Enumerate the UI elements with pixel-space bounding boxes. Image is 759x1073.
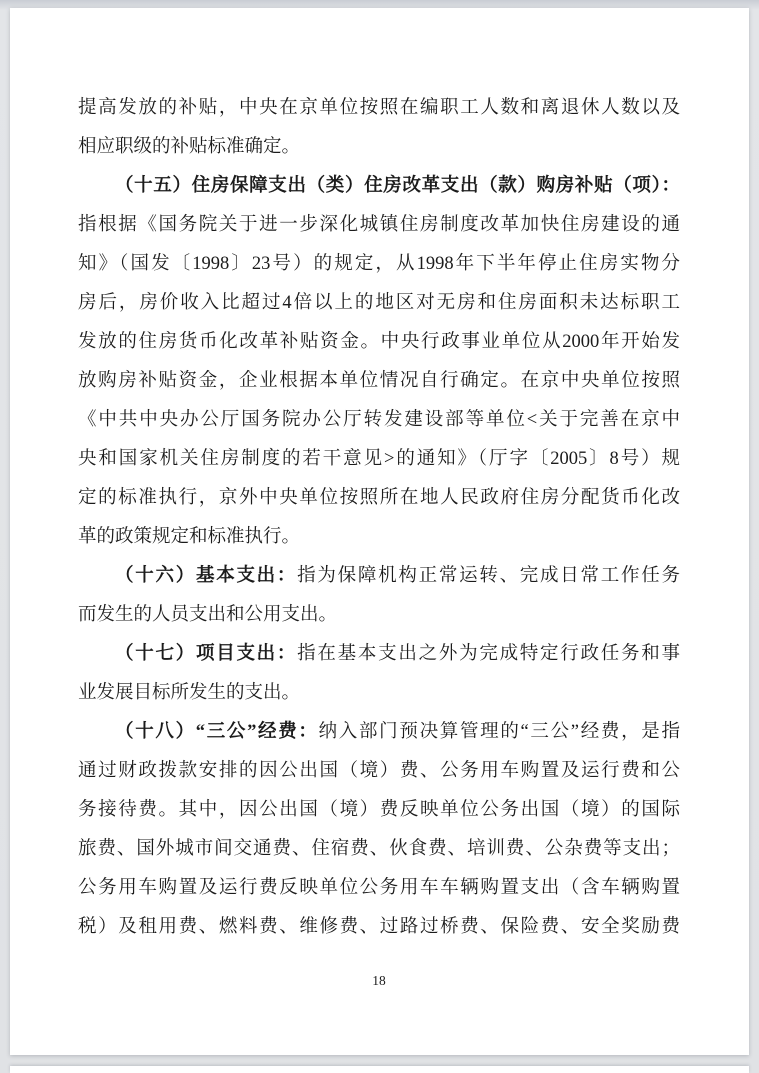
document-viewer-background: 提高发放的补贴，中央在京单位按照在编职工人数和离退休人数以及相应职级的补贴标准确… (0, 0, 759, 1073)
text-segment: 公务用车购置及运行费反映单位公务用车车辆购置支出（含车辆购置 (78, 878, 680, 898)
text-line: 相应职级的补贴标准确定。 (78, 128, 680, 167)
text-line: 公务用车购置及运行费反映单位公务用车车辆购置支出（含车辆购置 (78, 869, 680, 908)
text-segment: 放购房补贴资金，企业根据本单位情况自行确定。在京中央单位按照 (78, 371, 680, 391)
paragraph: （十六）基本支出：指为保障机构正常运转、完成日常工作任务而发生的人员支出和公用支… (78, 557, 680, 635)
text-line: （十八）“三公”经费：纳入部门预决算管理的“三公”经费，是指 (78, 713, 680, 752)
text-segment: 而发生的人员支出和公用支出。 (78, 605, 337, 625)
text-segment: 发放的住房货币化改革补贴资金。中央行政事业单位从2000年开始发 (78, 332, 680, 352)
text-segment: 指为保障机构正常运转、完成日常工作任务 (297, 566, 680, 586)
text-segment: 房后，房价收入比超过4倍以上的地区对无房和住房面积未达标职工 (78, 293, 680, 313)
text-line: 知》（国发〔1998〕23号）的规定，从1998年下半年停止住房实物分 (78, 245, 680, 284)
text-line: 定的标准执行，京外中央单位按照所在地人民政府住房分配货币化改 (78, 479, 680, 518)
term-label-bold: （十七）项目支出： (115, 644, 297, 664)
text-segment: 定的标准执行，京外中央单位按照所在地人民政府住房分配货币化改 (78, 488, 680, 508)
text-line: 房后，房价收入比超过4倍以上的地区对无房和住房面积未达标职工 (78, 284, 680, 323)
text-line: 发放的住房货币化改革补贴资金。中央行政事业单位从2000年开始发 (78, 323, 680, 362)
text-segment: 指根据《国务院关于进一步深化城镇住房制度改革加快住房建设的通 (78, 215, 680, 235)
text-line: （十七）项目支出：指在基本支出之外为完成特定行政任务和事 (78, 635, 680, 674)
paragraph: （十七）项目支出：指在基本支出之外为完成特定行政任务和事业发展目标所发生的支出。 (78, 635, 680, 713)
text-line: （十六）基本支出：指为保障机构正常运转、完成日常工作任务 (78, 557, 680, 596)
text-line: 税）及租用费、燃料费、维修费、过路过桥费、保险费、安全奖励费 (78, 908, 680, 947)
document-page: 提高发放的补贴，中央在京单位按照在编职工人数和离退休人数以及相应职级的补贴标准确… (10, 8, 749, 1055)
term-label-bold: （十八）“三公”经费： (115, 722, 319, 742)
text-segment: 通过财政拨款安排的因公出国（境）费、公务用车购置及运行费和公 (78, 761, 680, 781)
text-segment: 提高发放的补贴，中央在京单位按照在编职工人数和离退休人数以及 (78, 98, 680, 118)
text-segment: 《中共中央办公厅国务院办公厅转发建设部等单位<关于完善在京中 (78, 410, 680, 430)
text-segment: 务接待费。其中，因公出国（境）费反映单位公务出国（境）的国际 (78, 800, 680, 820)
text-segment: 知》（国发〔1998〕23号）的规定，从1998年下半年停止住房实物分 (78, 254, 680, 274)
paragraph: 提高发放的补贴，中央在京单位按照在编职工人数和离退休人数以及相应职级的补贴标准确… (78, 89, 680, 167)
text-line: 指根据《国务院关于进一步深化城镇住房制度改革加快住房建设的通 (78, 206, 680, 245)
text-segment: 央和国家机关住房制度的若干意见>的通知》（厅字〔2005〕8号）规 (78, 449, 680, 469)
text-segment: 业发展目标所发生的支出。 (78, 683, 300, 703)
text-segment: 旅费、国外城市间交通费、住宿费、伙食费、培训费、公杂费等支出； (78, 839, 680, 859)
text-segment: 纳入部门预决算管理的“三公”经费，是指 (319, 722, 680, 742)
text-line: 提高发放的补贴，中央在京单位按照在编职工人数和离退休人数以及 (78, 89, 680, 128)
text-line: 旅费、国外城市间交通费、住宿费、伙食费、培训费、公杂费等支出； (78, 830, 680, 869)
text-line: 务接待费。其中，因公出国（境）费反映单位公务出国（境）的国际 (78, 791, 680, 830)
term-label-bold: （十六）基本支出： (115, 566, 297, 586)
text-line: （十五）住房保障支出（类）住房改革支出（款）购房补贴（项）： (78, 167, 680, 206)
paragraph: （十五）住房保障支出（类）住房改革支出（款）购房补贴（项）：指根据《国务院关于进… (78, 167, 680, 557)
text-segment: 税）及租用费、燃料费、维修费、过路过桥费、保险费、安全奖励费 (78, 917, 680, 937)
text-segment: 相应职级的补贴标准确定。 (78, 137, 300, 157)
text-segment: 指在基本支出之外为完成特定行政任务和事 (297, 644, 680, 664)
next-page-top-edge (10, 1066, 749, 1073)
text-line: 革的政策规定和标准执行。 (78, 518, 680, 557)
page-body: 提高发放的补贴，中央在京单位按照在编职工人数和离退休人数以及相应职级的补贴标准确… (78, 89, 680, 947)
text-line: 《中共中央办公厅国务院办公厅转发建设部等单位<关于完善在京中 (78, 401, 680, 440)
text-line: 业发展目标所发生的支出。 (78, 674, 680, 713)
page-number: 18 (78, 973, 680, 989)
text-segment: 革的政策规定和标准执行。 (78, 527, 300, 547)
text-line: 而发生的人员支出和公用支出。 (78, 596, 680, 635)
text-line: 通过财政拨款安排的因公出国（境）费、公务用车购置及运行费和公 (78, 752, 680, 791)
text-line: 放购房补贴资金，企业根据本单位情况自行确定。在京中央单位按照 (78, 362, 680, 401)
text-line: 央和国家机关住房制度的若干意见>的通知》（厅字〔2005〕8号）规 (78, 440, 680, 479)
term-label-bold: （十五）住房保障支出（类）住房改革支出（款）购房补贴（项）： (115, 176, 680, 196)
paragraph: （十八）“三公”经费：纳入部门预决算管理的“三公”经费，是指通过财政拨款安排的因… (78, 713, 680, 947)
